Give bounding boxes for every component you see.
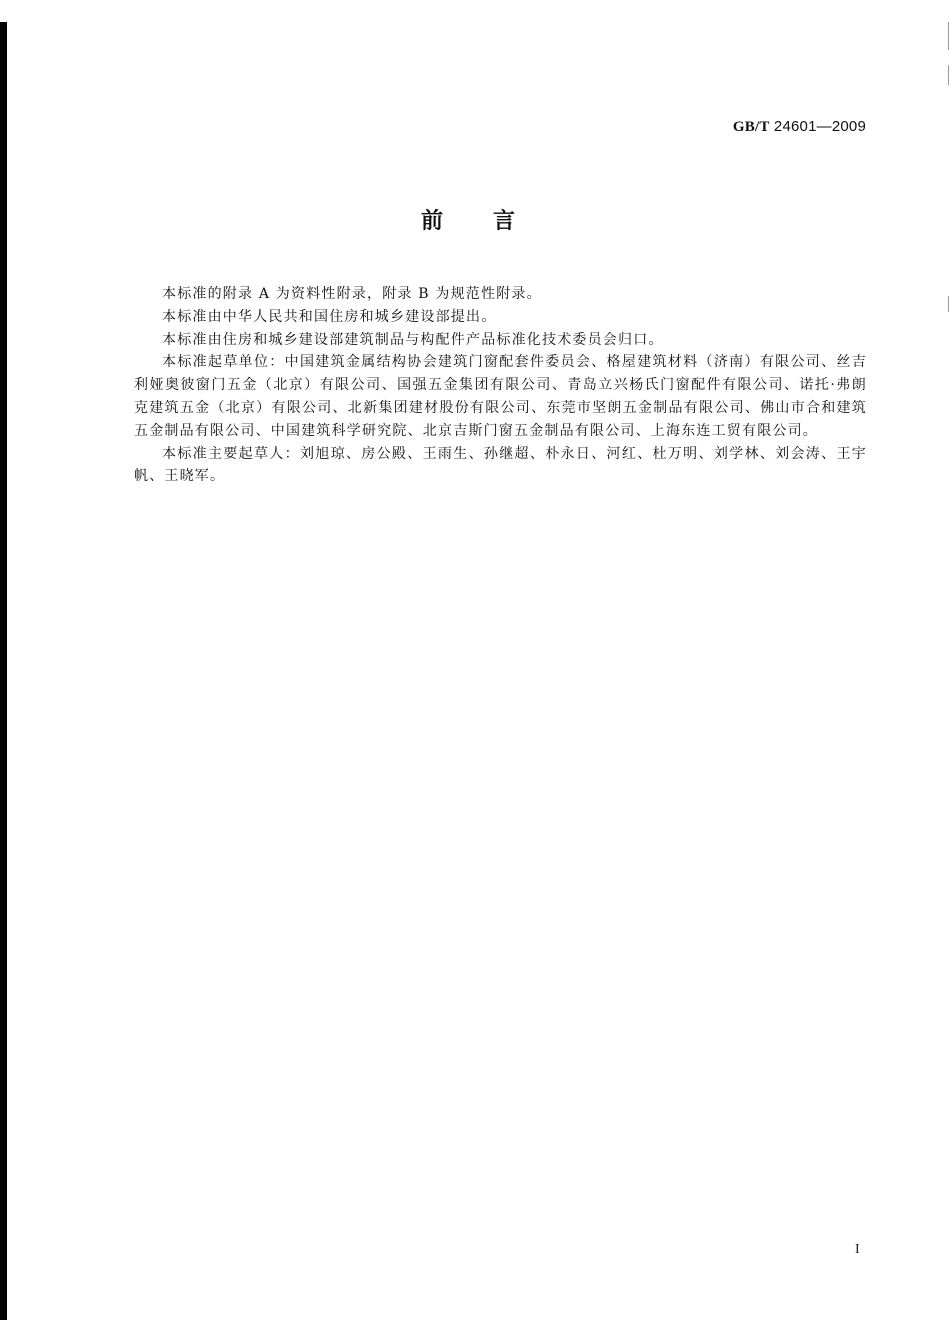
paragraph-appendix: 本标准的附录 A 为资料性附录，附录 B 为规范性附录。	[134, 283, 867, 306]
standard-number: GB/T 24601—2009	[733, 118, 866, 136]
paragraph-committee: 本标准由住房和城乡建设部建筑制品与构配件产品标准化技术委员会归口。	[134, 329, 867, 352]
standard-code: 24601—2009	[770, 118, 866, 135]
scan-edge-mark	[948, 22, 949, 50]
foreword-body: 本标准的附录 A 为资料性附录，附录 B 为规范性附录。 本标准由中华人民共和国…	[134, 283, 867, 488]
scan-edge-mark	[948, 65, 949, 85]
paragraph-drafters: 本标准主要起草人：刘旭琼、房公殿、王雨生、孙继超、朴永日、河红、杜万明、刘学林、…	[134, 443, 867, 489]
page-title: 前言	[0, 204, 950, 235]
standard-prefix: GB/T	[733, 119, 770, 135]
paragraph-drafting-units: 本标准起草单位：中国建筑金属结构协会建筑门窗配套件委员会、格屋建筑材料（济南）有…	[134, 351, 867, 442]
paragraph-proposer: 本标准由中华人民共和国住房和城乡建设部提出。	[134, 306, 867, 329]
page-number: I	[855, 1242, 860, 1258]
scan-edge-mark	[948, 296, 949, 312]
